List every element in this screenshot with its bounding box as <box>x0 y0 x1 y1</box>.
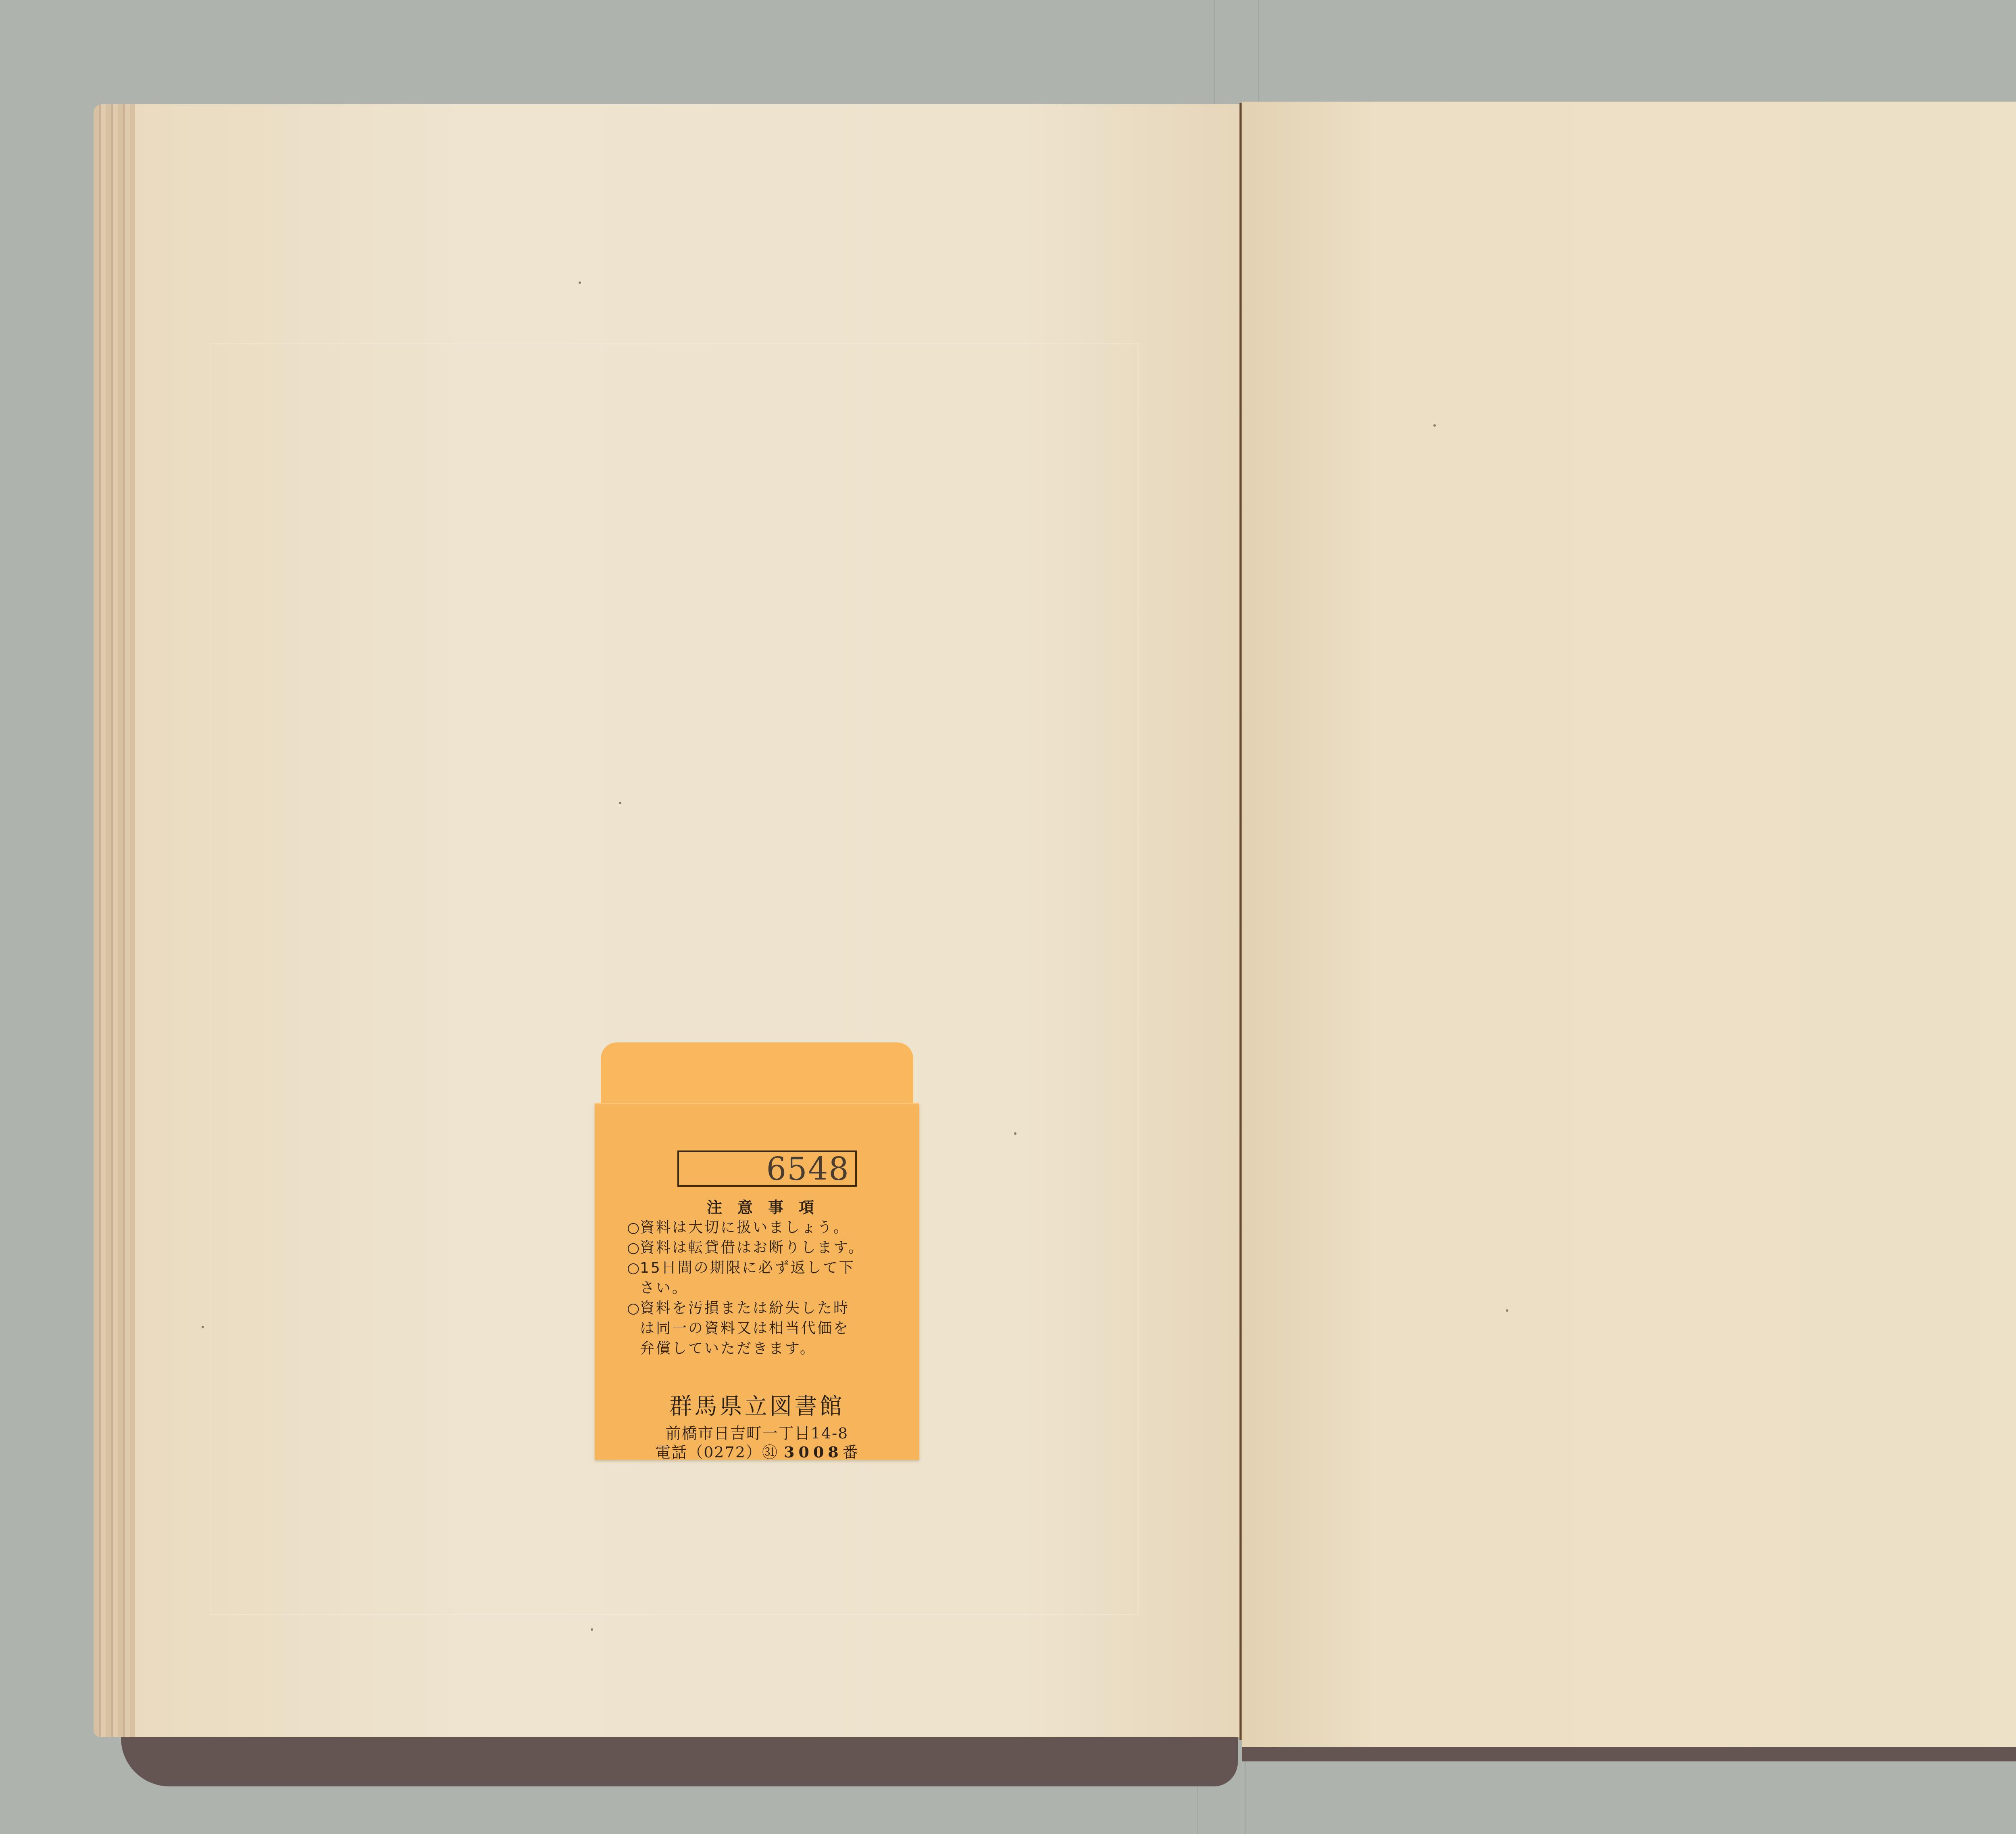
paper-speck <box>579 281 581 284</box>
cover-shadow-left <box>121 1734 1238 1786</box>
notice-item: ○資料は転貸借はお断りします。 <box>627 1238 893 1258</box>
notice-block: 注意事項 ○資料は大切に扱いましょう。 ○資料は転貸借はお断りします。 ○15日… <box>627 1195 893 1359</box>
paper-speck <box>202 1326 204 1328</box>
paper-speck <box>1506 1309 1508 1312</box>
background-seam-left <box>1214 0 1215 105</box>
notice-item: ○資料を汚損または紛失した時 は同一の資料又は相当代価を 弁償していただきます。 <box>627 1298 893 1359</box>
notice-title: 注意事項 <box>627 1195 893 1217</box>
paper-speck <box>591 1628 593 1631</box>
accession-number: 6548 <box>677 1150 857 1187</box>
background-seam-right <box>1258 0 1259 105</box>
circle-bullet-icon: ○ <box>627 1258 640 1278</box>
library-book-pocket: 6548 注意事項 ○資料は大切に扱いましょう。 ○資料は転貸借はお断りします。… <box>595 1042 919 1459</box>
circle-bullet-icon: ○ <box>627 1238 640 1258</box>
notice-item: ○15日間の期限に必ず返して下 さい。 <box>627 1258 893 1298</box>
notice-item: ○資料は大切に扱いましょう。 <box>627 1218 893 1238</box>
gutter <box>1239 103 1242 1740</box>
circle-bullet-icon: ○ <box>627 1298 640 1319</box>
right-page <box>1242 102 2016 1747</box>
paper-speck <box>1433 424 1436 427</box>
page-edge-stack <box>94 104 136 1737</box>
circle-bullet-icon: ○ <box>627 1218 640 1238</box>
pocket-front: 6548 注意事項 ○資料は大切に扱いましょう。 ○資料は転貸借はお断りします。… <box>595 1103 919 1460</box>
library-name: 群馬県立図書館 <box>595 1388 919 1421</box>
library-phone: 電話（0272）㉛ 3008番 <box>595 1440 919 1462</box>
